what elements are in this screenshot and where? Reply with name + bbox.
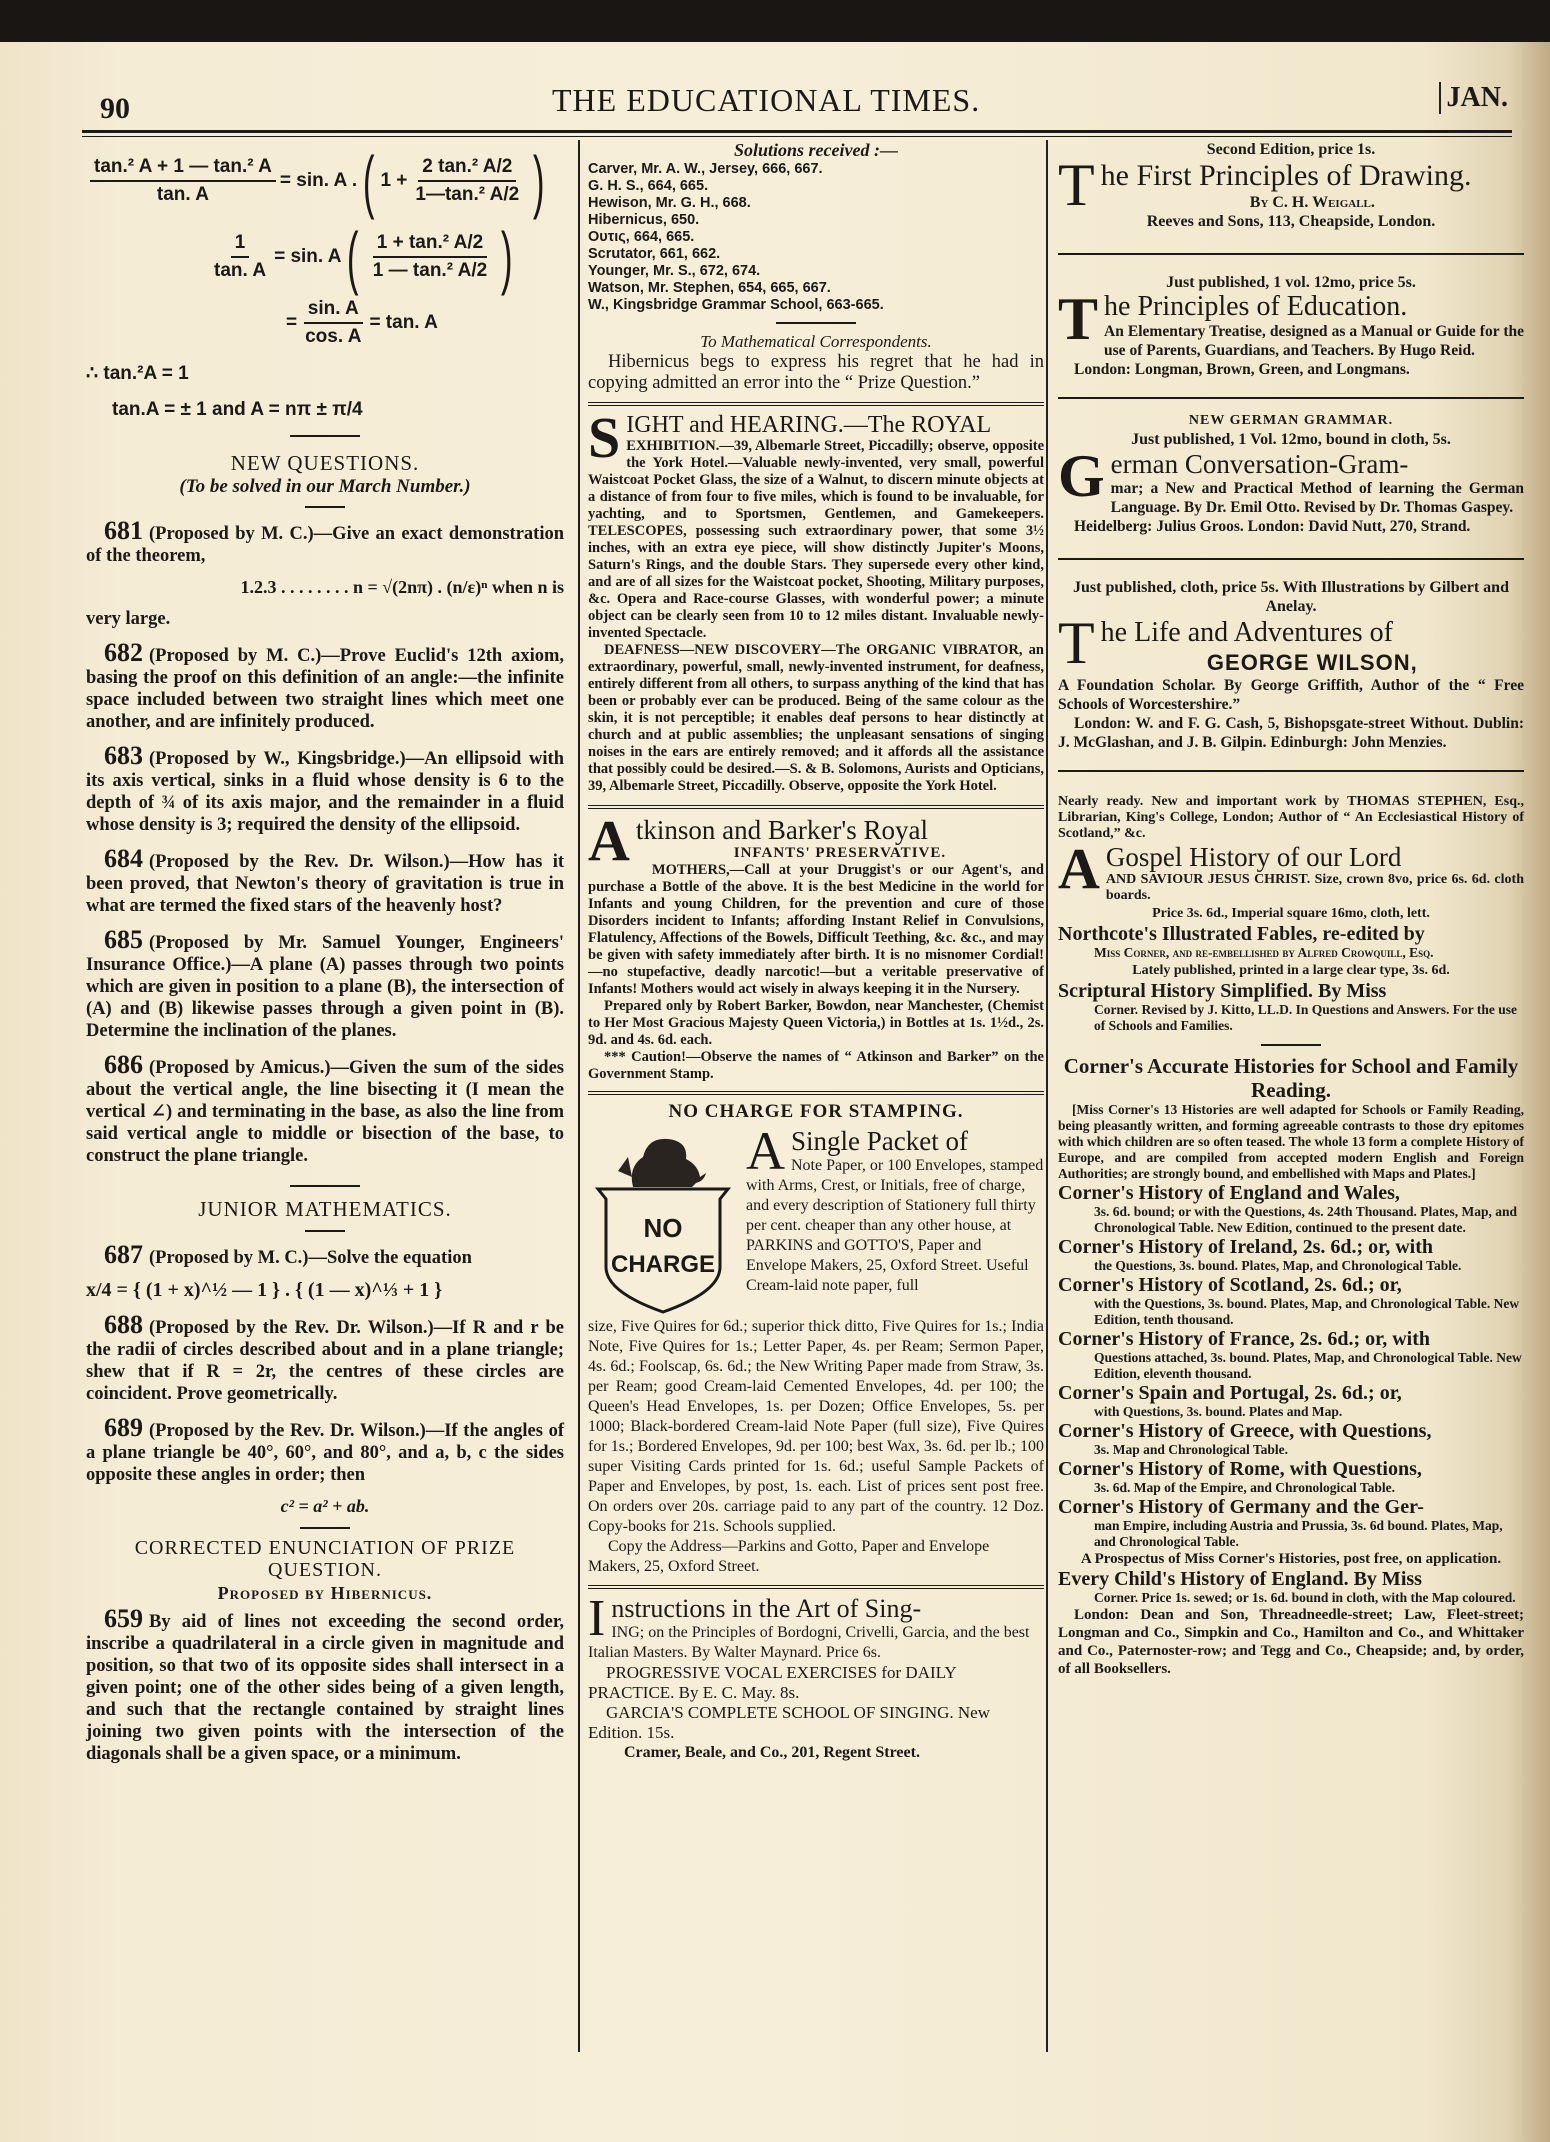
- divider: [300, 1527, 350, 1529]
- question-number: 685: [104, 925, 143, 954]
- correspondents-title: To Mathematical Correspondents.: [588, 332, 1044, 352]
- drawing-edition: Second Edition, price 1s.: [1058, 140, 1524, 159]
- dropcap: T: [1058, 161, 1095, 209]
- stamping-top: NO CHARGE A Single Packet of Note Paper,…: [588, 1127, 1044, 1317]
- eq2-mid: = sin. A: [274, 246, 341, 268]
- solution-entry: Hibernicus, 650.: [588, 212, 1044, 229]
- equation-3: = sin. Acos. A = tan. A: [86, 298, 564, 348]
- singing-head: nstructions in the Art of Sing-: [611, 1594, 921, 1623]
- corner-item-head: Corner's Spain and Portugal, 2s. 6d.; or…: [1058, 1382, 1524, 1404]
- corner-item: Corner's Spain and Portugal, 2s. 6d.; or…: [1058, 1382, 1524, 1420]
- corner-publisher: London: Dean and Son, Threadneedle-stree…: [1058, 1606, 1524, 1678]
- eq1-inner-lead: 1 +: [380, 170, 407, 192]
- solutions-title: Solutions received :—: [588, 140, 1044, 161]
- wilson-name: GEORGE WILSON,: [1058, 650, 1524, 676]
- fables-head: Northcote's Illustrated Fables, re-edite…: [1058, 923, 1524, 945]
- ad-stamping: NO CHARGE FOR STAMPING. NO CHARGE A Sing…: [588, 1091, 1044, 1577]
- header-rule: [82, 130, 1512, 133]
- gospel-intro: Nearly ready. New and important work by …: [1058, 794, 1524, 842]
- column-advertisements: Second Edition, price 1s. T he First Pri…: [1046, 140, 1524, 2052]
- corner-item-head: Corner's History of England and Wales,: [1058, 1182, 1524, 1204]
- solution-entry: Younger, Mr. S., 672, 674.: [588, 263, 1044, 280]
- question-685: 685(Proposed by Mr. Samuel Younger, Engi…: [86, 929, 564, 1042]
- scriptural-body: Corner. Revised by J. Kitto, LL.D. In Qu…: [1058, 1002, 1524, 1034]
- drawing-author: By C. H. Weigall.: [1058, 193, 1524, 212]
- gospel-price2: Price 3s. 6d., Imperial square 16mo, clo…: [1058, 904, 1524, 923]
- eq1-denominator: tan. A: [153, 182, 213, 206]
- equation-5: tan.A = ± 1 and A = nπ ± π/4: [86, 399, 564, 421]
- question-number: 688: [104, 1310, 143, 1339]
- corner-item-sub: 3s. Map and Chronological Table.: [1058, 1442, 1524, 1458]
- ad-german-grammar: NEW GERMAN GRAMMAR. Just published, 1 Vo…: [1058, 397, 1524, 536]
- deafness-ad-body: DEAFNESS—NEW DISCOVERY—The ORGANIC VIBRA…: [588, 642, 1044, 795]
- stamping-head: Single Packet of: [791, 1126, 968, 1156]
- stamping-title: NO CHARGE FOR STAMPING.: [588, 1101, 1044, 1123]
- dropcap: S: [588, 414, 620, 462]
- corner-item: Corner's History of Germany and the Ger-…: [1058, 1496, 1524, 1550]
- corner-item-sub: 3s. 6d. bound; or with the Questions, 4s…: [1058, 1204, 1524, 1236]
- column-mathematics: tan.² A + 1 — tan.² Atan. A = sin. A . (…: [86, 140, 564, 1765]
- atkinson-head: tkinson and Barker's Royal: [636, 815, 928, 845]
- stamping-side-text: A Single Packet of Note Paper, or 100 En…: [746, 1127, 1044, 1317]
- question-number: 689: [104, 1413, 143, 1442]
- corner-title: Corner's Accurate Histories for School a…: [1058, 1054, 1524, 1102]
- dropcap: T: [1058, 294, 1098, 344]
- divider: [290, 435, 360, 437]
- solution-entry: Ουτις, 664, 665.: [588, 229, 1044, 246]
- header-rule-thin: [82, 136, 1512, 137]
- formula-681-tail: very large.: [86, 608, 564, 630]
- eq2-numerator: 1: [231, 232, 250, 258]
- dropcap: I: [588, 1597, 605, 1641]
- ad-george-wilson: Just published, cloth, price 5s. With Il…: [1058, 558, 1524, 752]
- ad-atkinson-barker: A tkinson and Barker's Royal INFANTS' PR…: [588, 805, 1044, 1083]
- drawing-publisher: Reeves and Sons, 113, Cheapside, London.: [1058, 212, 1524, 231]
- eq3-numerator: sin. A: [304, 298, 363, 324]
- corner-item-sub: Questions attached, 3s. bound. Plates, M…: [1058, 1350, 1524, 1382]
- stamping-body-side: Note Paper, or 100 Envelopes, stamped wi…: [746, 1157, 1043, 1294]
- issue-month: JAN.: [1439, 82, 1508, 114]
- prize-title: CORRECTED ENUNCIATION OF PRIZE QUESTION.: [86, 1537, 564, 1581]
- question-number: 659: [104, 1604, 143, 1633]
- corner-prospectus: A Prospectus of Miss Corner's Histories,…: [1058, 1550, 1524, 1568]
- corner-item-sub: with the Questions, 3s. bound. Plates, M…: [1058, 1296, 1524, 1328]
- question-text: (Proposed by the Rev. Dr. Wilson.)—How h…: [86, 852, 564, 916]
- wilson-body: A Foundation Scholar. By George Griffith…: [1058, 676, 1524, 714]
- correspondents-text: Hibernicus begs to express his regret th…: [588, 352, 1044, 394]
- german-body-wrap: G erman Conversation-Gram- mar; a New an…: [1058, 449, 1524, 517]
- singing-publisher: Cramer, Beale, and Co., 201, Regent Stre…: [588, 1743, 1044, 1763]
- eq3-right: = tan. A: [369, 312, 437, 334]
- question-number: 682: [104, 638, 143, 667]
- scriptural-head: Scriptural History Simplified. By Miss: [1058, 980, 1524, 1002]
- corner-item-sub: the Questions, 3s. bound. Plates, Map, a…: [1058, 1258, 1524, 1274]
- question-number: 681: [104, 516, 143, 545]
- eq2-inner-numerator: 1 + tan.² A/2: [373, 232, 487, 258]
- formula-681: 1.2.3 . . . . . . . . n = √(2nπ) . (n/ε)…: [86, 577, 564, 598]
- education-head: he Principles of Education.: [1104, 291, 1407, 322]
- corner-item-sub: 3s. 6d. Map of the Empire, and Chronolog…: [1058, 1480, 1524, 1496]
- question-689: 689(Proposed by the Rev. Dr. Wilson.)—If…: [86, 1417, 564, 1486]
- gospel-body: AND SAVIOUR JESUS CHRIST. Size, crown 8v…: [1106, 872, 1524, 903]
- solutions-list: Carver, Mr. A. W., Jersey, 666, 667. G. …: [588, 161, 1044, 314]
- corner-item: Corner's History of Greece, with Questio…: [1058, 1420, 1524, 1458]
- german-edition: Just published, 1 Vol. 12mo, bound in cl…: [1058, 430, 1524, 449]
- education-body: An Elementary Treatise, designed as a Ma…: [1104, 323, 1524, 359]
- dropcap: A: [588, 817, 630, 865]
- new-questions-subtitle: (To be solved in our March Number.): [86, 476, 564, 498]
- corner-item-head: Corner's History of Ireland, 2s. 6d.; or…: [1058, 1236, 1524, 1258]
- equation-4: ∴ tan.²A = 1: [86, 362, 564, 385]
- ad-gospel-history: Nearly ready. New and important work by …: [1058, 770, 1524, 1034]
- question-text: (Proposed by Mr. Samuel Younger, Enginee…: [86, 933, 564, 1041]
- new-questions-title: NEW QUESTIONS.: [86, 451, 564, 476]
- corner-item-head: Corner's History of Rome, with Questions…: [1058, 1458, 1524, 1480]
- ad-education: Just published, 1 vol. 12mo, price 5s. T…: [1058, 253, 1524, 379]
- question-text: (Proposed by M. C.)—Prove Euclid's 12th …: [86, 646, 564, 732]
- wilson-head: he Life and Adventures of: [1101, 617, 1393, 648]
- corner-item-head: Corner's History of Germany and the Ger-: [1058, 1496, 1524, 1518]
- question-text: (Proposed by M. C.)—Solve the equation: [149, 1248, 472, 1268]
- eq2-inner-denominator: 1 — tan.² A/2: [369, 258, 491, 282]
- corner-item: Corner's History of France, 2s. 6d.; or,…: [1058, 1328, 1524, 1382]
- junior-title: JUNIOR MATHEMATICS.: [86, 1197, 564, 1222]
- eq1-inner-denominator: 1—tan.² A/2: [411, 182, 523, 206]
- question-684: 684(Proposed by the Rev. Dr. Wilson.)—Ho…: [86, 848, 564, 917]
- eq3-denominator: cos. A: [301, 324, 365, 348]
- lion-crest-shield-icon: NO CHARGE: [588, 1127, 738, 1317]
- solution-entry: Carver, Mr. A. W., Jersey, 666, 667.: [588, 161, 1044, 178]
- question-687: 687(Proposed by M. C.)—Solve the equatio…: [86, 1244, 564, 1269]
- solution-entry: G. H. S., 664, 665.: [588, 178, 1044, 195]
- corner-item-sub: man Empire, including Austria and Prussi…: [1058, 1518, 1524, 1550]
- dropcap: G: [1058, 451, 1105, 501]
- german-caps: NEW GERMAN GRAMMAR.: [1058, 411, 1524, 430]
- corner-item: Corner's History of Rome, with Questions…: [1058, 1458, 1524, 1496]
- dropcap: A: [746, 1129, 785, 1173]
- solution-entry: Scrutator, 661, 662.: [588, 246, 1044, 263]
- svg-text:CHARGE: CHARGE: [611, 1251, 715, 1278]
- question-681: 681(Proposed by M. C.)—Give an exact dem…: [86, 520, 564, 567]
- ad-drawing: Second Edition, price 1s. T he First Pri…: [1058, 140, 1524, 231]
- question-659: 659By aid of lines not exceeding the sec…: [86, 1608, 564, 1765]
- question-text: (Proposed by W., Kingsbridge.)—An ellips…: [86, 749, 564, 835]
- question-text: (Proposed by Amicus.)—Given the sum of t…: [86, 1058, 564, 1166]
- drawing-head-wrap: T he First Principles of Drawing.: [1058, 159, 1524, 193]
- divider: [1261, 1044, 1321, 1046]
- child-history-head: Every Child's History of England. By Mis…: [1058, 1568, 1524, 1590]
- eq2-denominator: tan. A: [210, 258, 270, 282]
- divider: [305, 506, 345, 508]
- prize-byline: Proposed by Hibernicus.: [86, 1583, 564, 1604]
- singing-body3: GARCIA'S COMPLETE SCHOOL OF SINGING. New…: [588, 1703, 1044, 1743]
- equation-1: tan.² A + 1 — tan.² Atan. A = sin. A . (…: [86, 146, 564, 216]
- corner-item: Corner's History of England and Wales,3s…: [1058, 1182, 1524, 1236]
- dropcap: T: [1058, 618, 1095, 668]
- corner-item-sub: with Questions, 3s. bound. Plates and Ma…: [1058, 1404, 1524, 1420]
- sight-ad-head: IGHT and HEARING.—The ROYAL: [626, 412, 991, 438]
- german-head: erman Conversation-Gram-: [1111, 449, 1409, 479]
- singing-body2: PROGRESSIVE VOCAL EXERCISES for DAILY PR…: [588, 1663, 1044, 1703]
- divider: [305, 1230, 345, 1232]
- sight-ad-body1: EXHIBITION.—39, Albemarle Street, Piccad…: [588, 438, 1044, 641]
- ad-corner-histories: Corner's Accurate Histories for School a…: [1058, 1044, 1524, 1678]
- fables-body: Miss Corner, and re-embellished by Alfre…: [1058, 945, 1524, 961]
- equation-2: 1tan. A = sin. A ( 1 + tan.² A/21 — tan.…: [86, 222, 564, 292]
- question-682: 682(Proposed by M. C.)—Prove Euclid's 12…: [86, 642, 564, 733]
- masthead-title: THE EDUCATIONAL TIMES.: [552, 82, 980, 119]
- german-publisher: Heidelberg: Julius Groos. London: David …: [1058, 517, 1524, 536]
- question-number: 684: [104, 844, 143, 873]
- corner-item: Corner's History of Ireland, 2s. 6d.; or…: [1058, 1236, 1524, 1274]
- wilson-edition: Just published, cloth, price 5s. With Il…: [1058, 578, 1524, 616]
- education-edition: Just published, 1 vol. 12mo, price 5s.: [1058, 273, 1524, 292]
- svg-text:NO: NO: [644, 1213, 683, 1243]
- sight-ad-body: S IGHT and HEARING.—The ROYAL EXHIBITION…: [588, 412, 1044, 642]
- singing-body1: ING; on the Principles of Bordogni, Criv…: [588, 1624, 1029, 1661]
- stamping-address: Copy the Address—Parkins and Gotto, Pape…: [588, 1537, 1044, 1577]
- eq1-mid: = sin. A .: [280, 170, 357, 192]
- wilson-publisher: London: W. and F. G. Cash, 5, Bishopsgat…: [1058, 714, 1524, 752]
- drawing-head: he First Principles of Drawing.: [1101, 159, 1472, 192]
- question-number: 683: [104, 741, 143, 770]
- ad-singing: I nstructions in the Art of Sing- ING; o…: [588, 1585, 1044, 1763]
- child-history-sub: Corner. Price 1s. sewed; or 1s. 6d. boun…: [1058, 1590, 1524, 1606]
- equation-block: tan.² A + 1 — tan.² Atan. A = sin. A . (…: [86, 146, 564, 421]
- question-683: 683(Proposed by W., Kingsbridge.)—An ell…: [86, 745, 564, 836]
- corner-item-head: Corner's History of France, 2s. 6d.; or,…: [1058, 1328, 1524, 1350]
- question-number: 686: [104, 1050, 143, 1079]
- divider: [290, 1185, 360, 1187]
- education-publisher: London: Longman, Brown, Green, and Longm…: [1058, 360, 1524, 379]
- corner-item-head: Corner's History of Greece, with Questio…: [1058, 1420, 1524, 1442]
- eq1-numerator: tan.² A + 1 — tan.² A: [90, 156, 276, 182]
- question-text: (Proposed by the Rev. Dr. Wilson.)—If th…: [86, 1421, 564, 1485]
- solution-entry: W., Kingsbridge Grammar School, 663-665.: [588, 297, 1044, 314]
- atkinson-body1: MOTHERS,—Call at your Druggist's or our …: [588, 862, 1044, 998]
- atkinson-subhead: INFANTS' PRESERVATIVE.: [588, 845, 1044, 862]
- scriptural-lately: Lately published, printed in a large cle…: [1058, 961, 1524, 980]
- solution-entry: Hewison, Mr. G. H., 668.: [588, 195, 1044, 212]
- corner-item: Corner's History of Scotland, 2s. 6d.; o…: [1058, 1274, 1524, 1328]
- german-body: mar; a New and Practical Method of learn…: [1111, 480, 1524, 516]
- ad-sight-hearing: S IGHT and HEARING.—The ROYAL EXHIBITION…: [588, 402, 1044, 795]
- gospel-head: Gospel History of our Lord: [1106, 842, 1401, 872]
- singing-body1-wrap: I nstructions in the Art of Sing- ING; o…: [588, 1595, 1044, 1663]
- question-number: 687: [104, 1240, 143, 1269]
- education-body-wrap: T he Principles of Education. An Element…: [1058, 292, 1524, 360]
- question-text: (Proposed by the Rev. Dr. Wilson.)—If R …: [86, 1318, 564, 1404]
- gospel-body-wrap: A Gospel History of our Lord AND SAVIOUR…: [1058, 842, 1524, 904]
- formula-687: x/4 = { (1 + x)^½ — 1 } . { (1 — x)^⅓ + …: [86, 1279, 564, 1302]
- divider: [776, 322, 856, 324]
- question-text: (Proposed by M. C.)—Give an exact demons…: [86, 524, 564, 566]
- atkinson-header: A tkinson and Barker's Royal INFANTS' PR…: [588, 815, 1044, 862]
- question-686: 686(Proposed by Amicus.)—Given the sum o…: [86, 1054, 564, 1167]
- page-number: 90: [100, 92, 130, 126]
- dropcap: A: [1058, 844, 1100, 894]
- formula-689: c² = a² + ab.: [86, 1496, 564, 1517]
- corner-item-head: Corner's History of Scotland, 2s. 6d.; o…: [1058, 1274, 1524, 1296]
- column-center: Solutions received :— Carver, Mr. A. W.,…: [578, 140, 1044, 2052]
- atkinson-body2: Prepared only by Robert Barker, Bowdon, …: [588, 998, 1044, 1049]
- stamping-body-full: size, Five Quires for 6d.; superior thic…: [588, 1317, 1044, 1537]
- eq1-inner-numerator: 2 tan.² A/2: [418, 156, 516, 182]
- corner-intro: [Miss Corner's 13 Histories are well ada…: [1058, 1102, 1524, 1182]
- wilson-head-wrap: T he Life and Adventures of: [1058, 616, 1524, 650]
- solution-entry: Watson, Mr. Stephen, 654, 665, 667.: [588, 280, 1044, 297]
- atkinson-caution: *** Caution!—Observe the names of “ Atki…: [588, 1049, 1044, 1083]
- question-688: 688(Proposed by the Rev. Dr. Wilson.)—If…: [86, 1314, 564, 1405]
- question-text: By aid of lines not exceeding the second…: [86, 1612, 564, 1764]
